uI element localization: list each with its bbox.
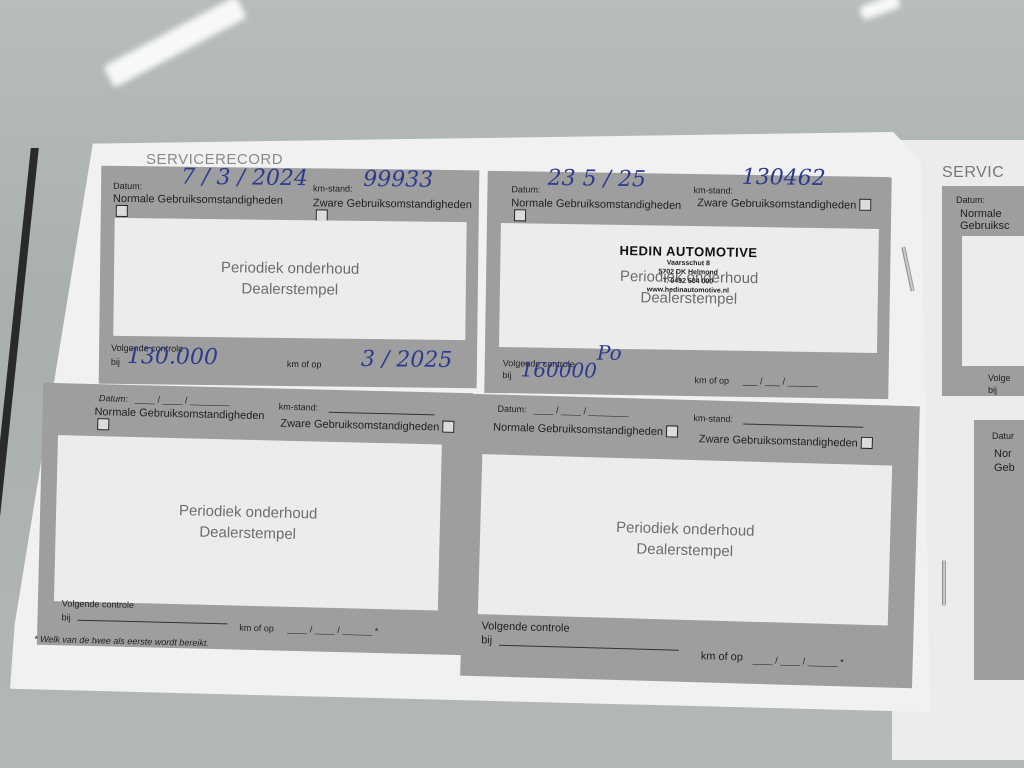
right-service-record-1: Datum: Normale Gebruiksc Volge bij — [942, 186, 1024, 396]
normale-text: Normale Gebruiksomstandigheden — [113, 193, 283, 207]
bij-label: bij — [61, 611, 70, 623]
bij-label: bij — [481, 634, 492, 646]
zware-checkbox[interactable] — [442, 421, 454, 433]
bij-label: bij — [111, 356, 120, 368]
km-of-op-value[interactable]: ____ / ____ / ______ * — [287, 623, 378, 637]
right-service-record-2: Datur Nor Geb — [974, 420, 1024, 680]
km-of-op-value[interactable]: 3 / 2025 — [361, 347, 453, 373]
box-line-2: Dealerstempel — [241, 278, 338, 300]
service-record-2: Datum: 23 5 / 25 km-stand: 130462 Normal… — [484, 171, 891, 399]
gebruik-label: Gebruiksc — [960, 220, 1010, 232]
km-stand-label: km-stand: — [279, 401, 319, 414]
km-stand-label: km-stand: — [313, 182, 353, 194]
dealer-stamp-box: Periodiek onderhoud Dealerstempel — [113, 218, 466, 340]
zware-text: Zware Gebruiksomstandigheden — [697, 197, 856, 211]
km-of-op-label: km of op — [694, 374, 729, 387]
datum-label: Datum: — [956, 194, 985, 206]
normale-label: Nor — [994, 448, 1012, 460]
datum-value[interactable]: 7 / 3 / 2024 — [181, 165, 308, 192]
bij-value[interactable]: 130.000 — [127, 344, 218, 370]
normale-label: Normale Gebruiksomstandigheden — [94, 406, 275, 435]
box-line-2: Dealerstempel — [636, 539, 733, 563]
datum-value[interactable]: 23 5 / 25 — [547, 166, 646, 193]
normale-label: Normale Gebruiksomstandigheden — [113, 193, 283, 220]
normale-text: Normale Gebruiksomstandigheden — [493, 421, 663, 438]
normale-checkbox[interactable] — [666, 425, 678, 437]
km-stand-value[interactable]: 130462 — [742, 165, 826, 191]
zware-checkbox[interactable] — [861, 437, 873, 449]
service-booklet: SERVICERECORD Datum: 7 / 3 / 2024 km-sta… — [0, 0, 1024, 768]
datum-label: Datum: — [511, 183, 540, 195]
zware-text: Zware Gebruiksomstandigheden — [699, 433, 858, 449]
km-of-op-value[interactable]: ___ / ___ / ______ — [742, 375, 817, 388]
km-of-op-value[interactable]: ____ / ____ / ______ * — [753, 654, 844, 669]
km-of-op-label: km of op — [239, 622, 274, 635]
bij-label: bij — [502, 369, 511, 381]
right-page-title: SERVIC — [942, 164, 1004, 182]
volgende-label: Volgende controle — [481, 620, 569, 634]
box-line-1: Periodiek onderhoud — [221, 257, 360, 280]
zware-label: Zware Gebruiksomstandigheden — [697, 196, 877, 212]
datum-value[interactable]: ____ / ____ / ________ — [135, 393, 230, 407]
bij-field[interactable] — [77, 620, 227, 625]
normale-checkbox[interactable] — [116, 205, 128, 217]
normale-checkbox[interactable] — [97, 418, 109, 430]
volgende-label: Volgende controle — [62, 597, 134, 611]
zware-checkbox[interactable] — [859, 199, 871, 211]
km-of-op-label: km of op — [287, 358, 322, 370]
datum-label: Datum: — [497, 403, 526, 416]
datum-label: Datum: — [113, 180, 142, 192]
km-stand-label: km-stand: — [693, 184, 733, 197]
zware-label: Zware Gebruiksomstandigheden — [280, 417, 460, 434]
dealer-stamp-box: Periodiek onderhoud Dealerstempel — [478, 454, 892, 625]
normale-label: Normale — [960, 208, 1002, 220]
dealer-stamp-box — [962, 236, 1024, 366]
datum-label: Datum: — [99, 392, 128, 405]
km-stand-value[interactable]: 99933 — [363, 167, 433, 193]
zware-label: Zware Gebruiksomstandigheden — [699, 432, 899, 451]
staple — [942, 560, 946, 606]
service-record-1: Datum: 7 / 3 / 2024 km-stand: 99933 Norm… — [99, 166, 480, 389]
service-record-4: Datum: ____ / ____ / ________ km-stand: … — [460, 394, 920, 689]
bij-note[interactable]: Po — [597, 341, 622, 365]
normale-text: Normale Gebruiksomstandigheden — [94, 406, 264, 422]
stamp-dealer-name: HEDIN AUTOMOTIVE — [598, 243, 778, 261]
normale-label: Normale Gebruiksomstandigheden — [493, 420, 683, 438]
volgende-label: Volge — [988, 372, 1011, 384]
bij-field[interactable] — [499, 645, 679, 651]
normale-text: Normale Gebruiksomstandigheden — [511, 197, 681, 212]
normale-label: Normale Gebruiksomstandigheden — [511, 197, 691, 225]
datum-label: Datur — [992, 430, 1014, 442]
km-stand-label: km-stand: — [693, 412, 733, 425]
normale-checkbox[interactable] — [514, 209, 526, 221]
box-line-2: Dealerstempel — [199, 522, 296, 545]
bij-value[interactable]: 160000 — [520, 357, 597, 382]
datum-value[interactable]: ____ / ____ / ________ — [533, 404, 628, 419]
bij-label: bij — [988, 384, 997, 396]
km-of-op-label: km of op — [701, 650, 744, 663]
km-stand-field[interactable] — [329, 412, 435, 416]
dealer-stamp-box: Periodiek onderhoud Dealerstempel — [54, 435, 442, 610]
zware-text: Zware Gebruiksomstandigheden — [280, 418, 439, 434]
dealer-stamp: HEDIN AUTOMOTIVE Vaarsschut 8 5702 DK He… — [598, 243, 779, 297]
zware-text: Zware Gebruiksomstandigheden — [313, 197, 472, 211]
service-record-3: Datum: ____ / ____ / ________ km-stand: … — [37, 383, 473, 655]
gebruik-label: Geb — [994, 462, 1015, 474]
km-stand-field[interactable] — [743, 423, 863, 427]
